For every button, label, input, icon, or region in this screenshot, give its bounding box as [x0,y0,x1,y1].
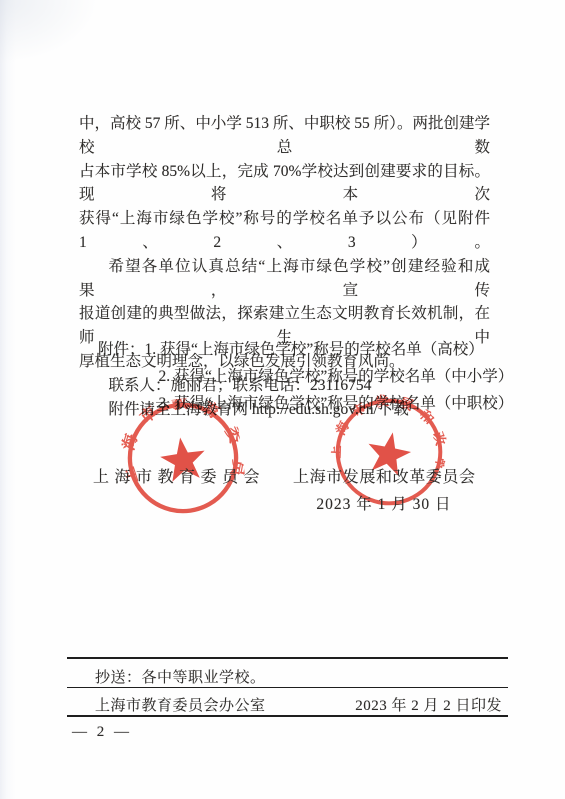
body-line: 希望各单位认真总结“上海市绿色学校”创建经验和成果，宣传 [79,255,490,303]
signature-left-org: 上海市教育委员会 [93,464,263,487]
cc-line: 抄送：各中等职业学校。 [95,666,266,687]
footer-rule-top [67,657,508,659]
print-info-row: 上海市教育委员会办公室 2023 年 2 月 2 日印发 [67,694,508,715]
attachments-label: 附件： [98,336,145,363]
page-number: — 2 — [72,724,132,741]
document-page: 中，高校 57 所、中小学 513 所、中职校 55 所）。两批创建学校总数 占… [0,0,565,799]
body-line: 中，高校 57 所、中小学 513 所、中职校 55 所）。两批创建学校总数 [79,112,490,160]
print-date: 2023 年 2 月 2 日印发 [355,694,508,715]
education-commission-seal-icon: 上海市教育委员会 [116,391,249,524]
signature-date: 2023 年 1 月 30 日 [293,492,475,514]
footer-rule-bottom [67,715,508,717]
signature-right-org: 上海市发展和改革委员会 [293,464,475,487]
body-line: 占本市学校 85%以上，完成 70%学校达到创建要求的目标。现将本次 [79,160,490,208]
body-line: 获得“上海市绿色学校”称号的学校名单予以公布（见附件 1、2、3）。 [79,207,490,255]
attachment-item: 2. 获得“上海市绿色学校”称号的学校名单（中小学） [145,363,514,390]
footer-rule-middle [67,687,508,688]
issuing-office: 上海市教育委员会办公室 [67,694,266,715]
attachment-item: 1. 获得“上海市绿色学校”称号的学校名单（高校） [145,336,514,363]
